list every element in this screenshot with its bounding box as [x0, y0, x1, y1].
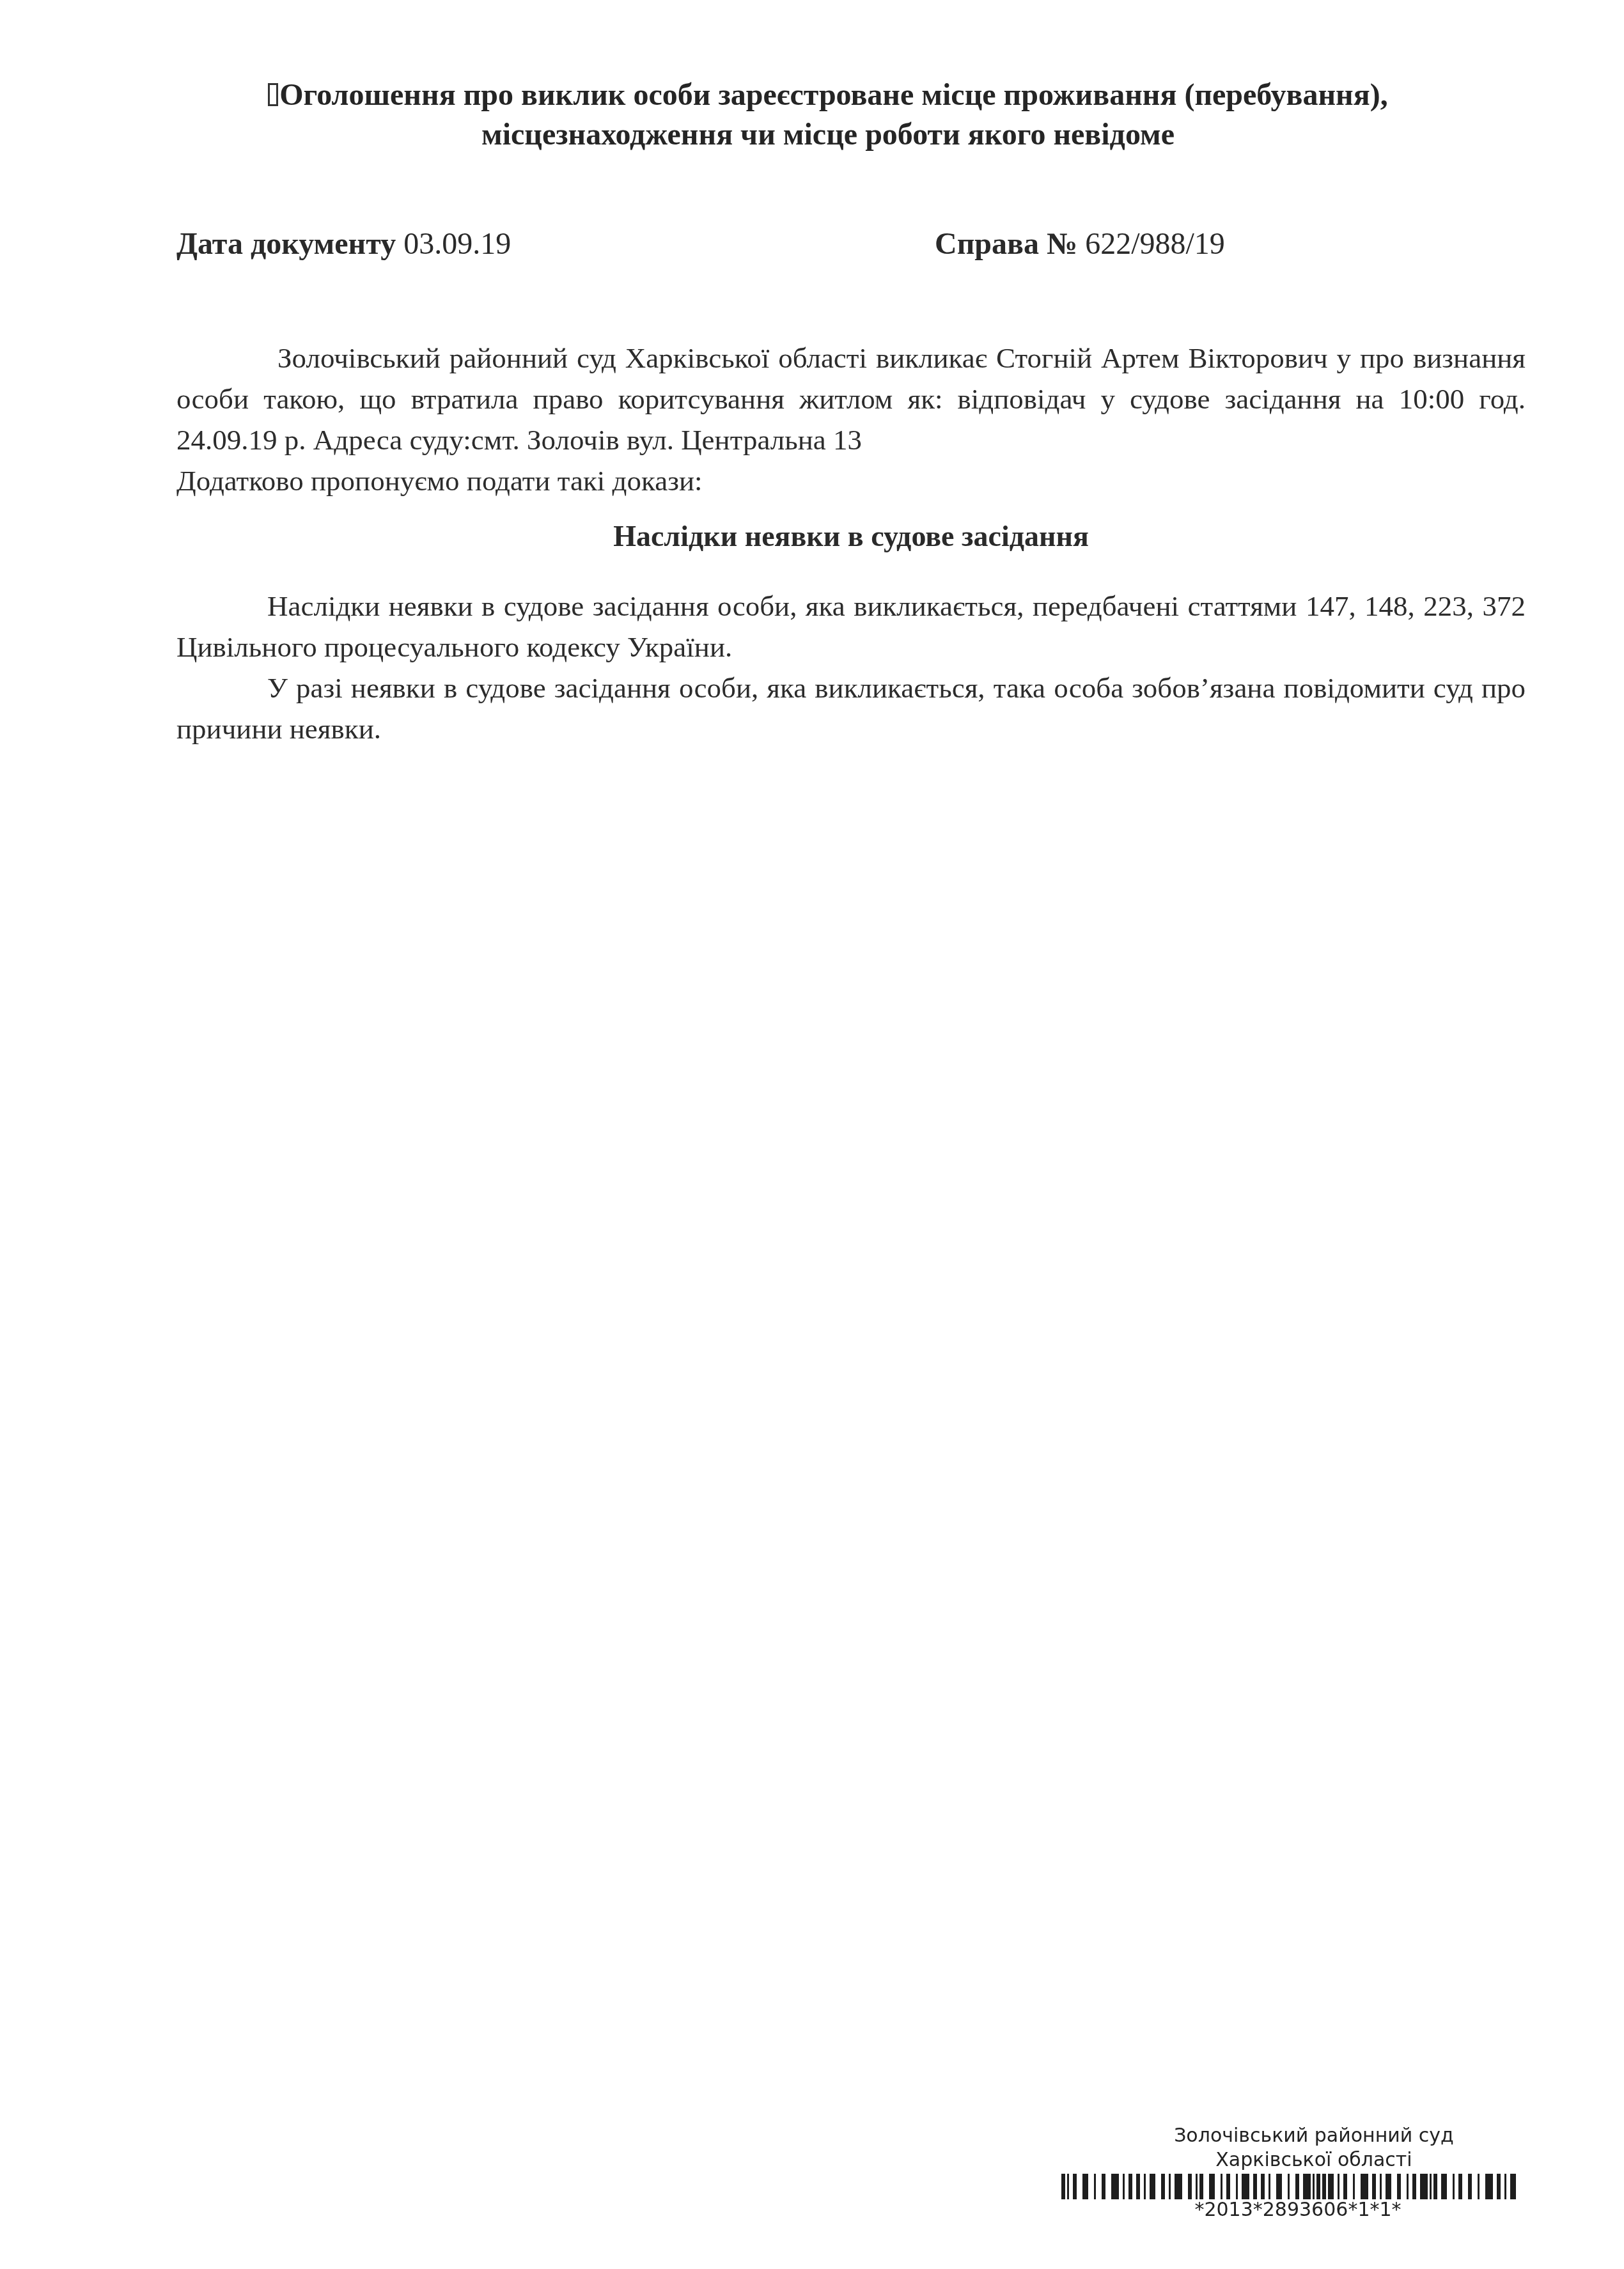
- stamp-court-line-1: Золочівський районний суд: [1093, 2124, 1534, 2148]
- summons-paragraph: Золочівський районний суд Харківської об…: [176, 338, 1526, 501]
- missing-glyph-icon: [268, 83, 278, 106]
- summons-text: Золочівський районний суд Харківської об…: [176, 338, 1526, 460]
- court-barcode-stamp: Золочівський районний суд Харківської об…: [1049, 2124, 1534, 2221]
- consequences-section: Наслідки неявки в судове засідання особи…: [176, 586, 1526, 749]
- title-line-1: Оголошення про виклик особи зареєстрован…: [279, 78, 1387, 112]
- case-label: Справа №: [935, 227, 1077, 261]
- case-value: 622/988/19: [1085, 227, 1225, 261]
- case-number: Справа № 622/988/19: [935, 225, 1225, 263]
- evidence-request-text: Додатково пропонуємо подати такі докази:: [176, 460, 1526, 501]
- consequences-heading: Наслідки неявки в судове засідання: [176, 517, 1526, 556]
- document-title: Оголошення про виклик особи зареєстрован…: [192, 75, 1464, 155]
- title-line-2: місцезнаходження чи місце роботи якого н…: [192, 115, 1464, 155]
- barcode-icon: [1061, 2174, 1522, 2199]
- barcode-text: *2013*2893606*1*1*: [1061, 2199, 1534, 2221]
- stamp-court-line-2: Харківської області: [1093, 2148, 1534, 2172]
- date-label: Дата документу: [176, 227, 396, 261]
- consequences-paragraph: Наслідки неявки в судове засідання особи…: [176, 586, 1526, 667]
- date-value: 03.09.19: [403, 227, 511, 261]
- absence-notice-paragraph: У разі неявки в судове засідання особи, …: [176, 667, 1526, 749]
- document-date: Дата документу 03.09.19: [176, 225, 511, 263]
